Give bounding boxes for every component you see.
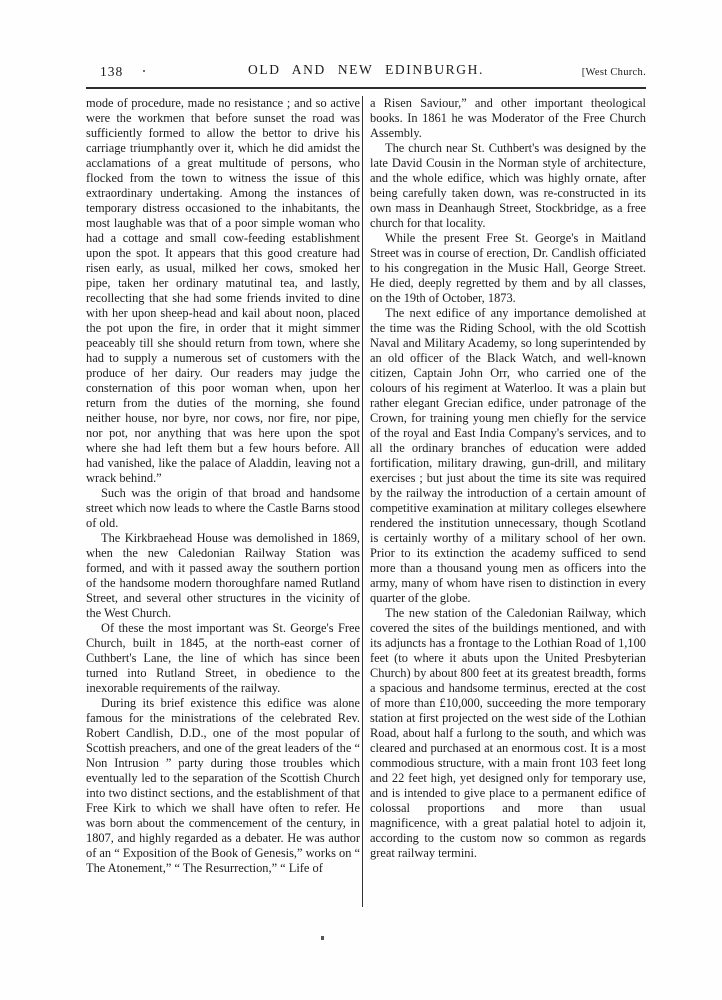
paragraph: a Risen Saviour,” and other important th… xyxy=(370,96,646,141)
page-header: 138 OLD AND NEW EDINBURGH. [West Church. xyxy=(86,60,646,84)
paragraph: The next edifice of any importance demol… xyxy=(370,306,646,606)
running-head: [West Church. xyxy=(582,67,646,78)
page-content: mode of procedure, made no resistance ; … xyxy=(86,96,646,907)
paragraph: mode of procedure, made no resistance ; … xyxy=(86,96,360,486)
paragraph: The Kirkbraehead House was demolished in… xyxy=(86,531,360,621)
left-column: mode of procedure, made no resistance ; … xyxy=(86,96,360,876)
book-page: 138 OLD AND NEW EDINBURGH. [West Church.… xyxy=(0,0,722,1000)
paragraph: Such was the origin of that broad and ha… xyxy=(86,486,360,531)
page-title: OLD AND NEW EDINBURGH. xyxy=(86,62,646,78)
column-divider-rule xyxy=(362,96,363,907)
paragraph: The new station of the Caledonian Railwa… xyxy=(370,606,646,861)
header-rule xyxy=(86,87,646,89)
ink-speck xyxy=(321,936,324,940)
paragraph: While the present Free St. George's in M… xyxy=(370,231,646,306)
paragraph: During its brief existence this edifice … xyxy=(86,696,360,876)
paragraph: Of these the most important was St. Geor… xyxy=(86,621,360,696)
right-column: a Risen Saviour,” and other important th… xyxy=(370,96,646,861)
paragraph: The church near St. Cuthbert's was desig… xyxy=(370,141,646,231)
